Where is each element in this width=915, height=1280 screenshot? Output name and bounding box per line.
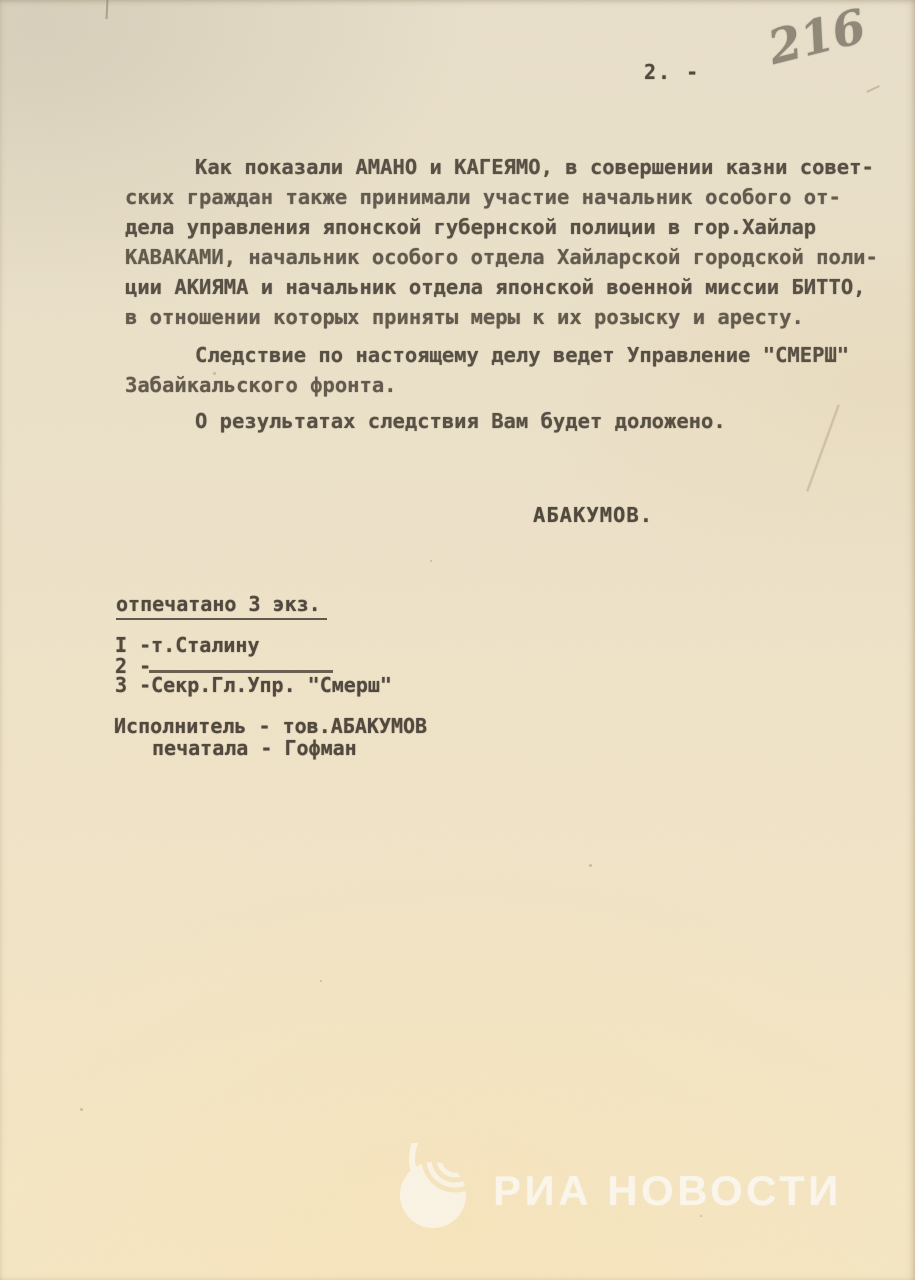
body-line: О результатах следствия Вам будет доложе… bbox=[125, 406, 885, 436]
paper-fiber bbox=[106, 0, 108, 19]
body-line: ских граждан также принимали участие нач… bbox=[125, 182, 885, 212]
body-line: дела управления японской губернской поли… bbox=[125, 212, 885, 242]
paragraph-1: Как показали АМАНО и КАГЕЯМО, в совершен… bbox=[125, 152, 885, 332]
scanned-document-page: 2. - 216 Как показали АМАНО и КАГЕЯМО, в… bbox=[0, 0, 915, 1280]
paper-speck bbox=[430, 560, 432, 562]
paper-speck bbox=[589, 864, 592, 867]
page-number: 2. - bbox=[644, 60, 700, 84]
body-line: Как показали АМАНО и КАГЕЯМО, в совершен… bbox=[125, 152, 885, 182]
handwritten-folio-number: 216 bbox=[763, 0, 872, 76]
body-line: Следствие по настоящему делу ведет Управ… bbox=[125, 340, 885, 370]
body-line: ции АКИЯМА и начальник отдела японской в… bbox=[125, 272, 885, 302]
body-line: КАВАКАМИ, начальник особого отдела Хайла… bbox=[125, 242, 885, 272]
paper-speck bbox=[213, 372, 216, 375]
paragraph-3: О результатах следствия Вам будет доложе… bbox=[125, 406, 885, 436]
paragraph-2: Следствие по настоящему делу ведет Управ… bbox=[125, 340, 885, 400]
paper-speck bbox=[320, 980, 322, 982]
signature: АБАКУМОВ. bbox=[533, 503, 653, 527]
ria-globe-icon bbox=[397, 1143, 479, 1231]
paper-speck bbox=[80, 1108, 83, 1111]
body-line: в отношении которых приняты меры к их ро… bbox=[125, 302, 885, 332]
watermark-agency-name: РИА НОВОСТИ bbox=[493, 1170, 842, 1212]
body-line: Забайкальского фронта. bbox=[125, 370, 885, 400]
copy-recipient-3: 3 -Секр.Гл.Упр. "Смерш" bbox=[115, 673, 392, 697]
copies-count-header: отпечатано 3 экз. bbox=[116, 591, 327, 620]
typist-line: печатала - Гофман bbox=[152, 736, 357, 760]
agency-watermark: РИА НОВОСТИ bbox=[397, 1143, 867, 1238]
executor-line: Исполнитель - тов.АБАКУМОВ bbox=[114, 714, 427, 738]
paper-fiber bbox=[866, 85, 879, 92]
